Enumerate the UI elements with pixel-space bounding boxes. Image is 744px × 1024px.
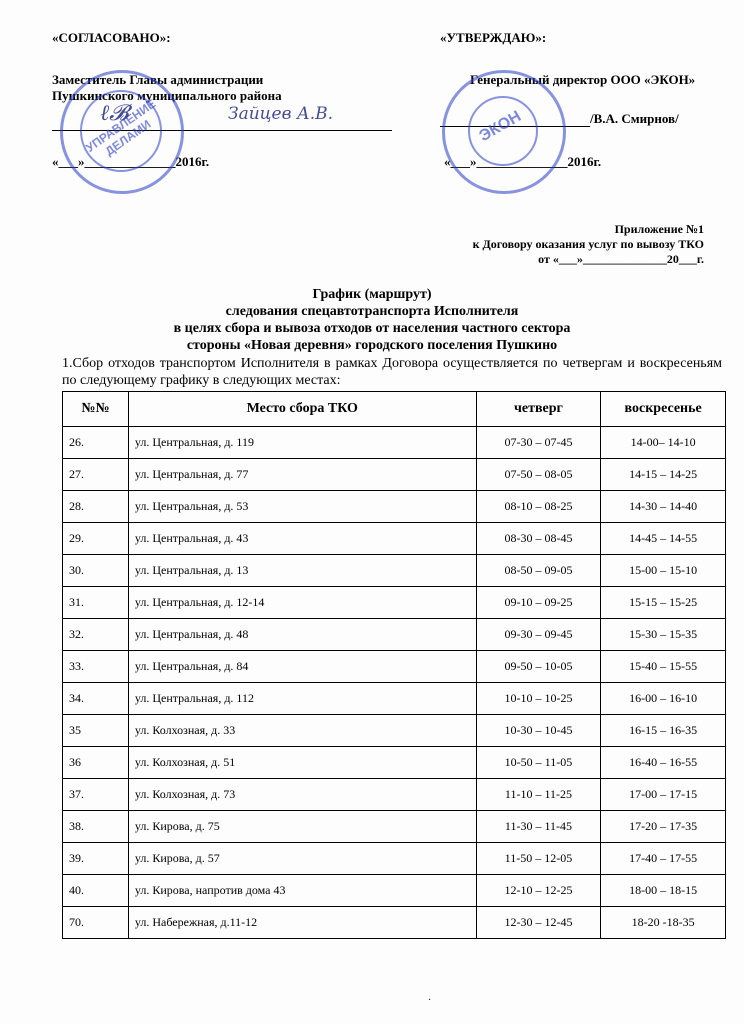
row-thursday: 10-50 – 11-05 (476, 747, 601, 779)
row-thursday: 09-30 – 09-45 (476, 619, 601, 651)
approve-heading: «УТВЕРЖДАЮ»: (440, 30, 730, 46)
header-place: Место сбора ТКО (128, 392, 476, 427)
header-sunday: воскресенье (601, 392, 726, 427)
schedule-table: №№ Место сбора ТКО четверг воскресенье 2… (62, 391, 726, 939)
row-number: 30. (63, 555, 129, 587)
row-sunday: 15-00 – 15-10 (601, 555, 726, 587)
row-sunday: 16-40 – 16-55 (601, 747, 726, 779)
table-row: 31.ул. Центральная, д. 12-1409-10 – 09-2… (63, 587, 726, 619)
appendix-line2: к Договору оказания услуг по вывозу ТКО (440, 237, 704, 252)
row-place: ул. Колхозная, д. 51 (128, 747, 476, 779)
row-place: ул. Центральная, д. 43 (128, 523, 476, 555)
row-place: ул. Центральная, д. 13 (128, 555, 476, 587)
appendix-line1: Приложение №1 (440, 222, 704, 237)
row-thursday: 12-30 – 12-45 (476, 907, 601, 939)
table-row: 36ул. Колхозная, д. 5110-50 – 11-0516-40… (63, 747, 726, 779)
row-place: ул. Колхозная, д. 73 (128, 779, 476, 811)
row-place: ул. Центральная, д. 77 (128, 459, 476, 491)
row-sunday: 17-00 – 17-15 (601, 779, 726, 811)
table-row: 38.ул. Кирова, д. 7511-30 – 11-4517-20 –… (63, 811, 726, 843)
table-row: 28.ул. Центральная, д. 5308-10 – 08-2514… (63, 491, 726, 523)
row-number: 32. (63, 619, 129, 651)
row-place: ул. Кирова, д. 75 (128, 811, 476, 843)
row-thursday: 08-10 – 08-25 (476, 491, 601, 523)
document-title: График (маршрут) следования спецавтотран… (40, 286, 704, 354)
row-number: 29. (63, 523, 129, 555)
row-number: 27. (63, 459, 129, 491)
document-page: «СОГЛАСОВАНО»: Заместитель Главы админис… (0, 0, 744, 1024)
header-number: №№ (63, 392, 129, 427)
row-number: 28. (63, 491, 129, 523)
row-place: ул. Набережная, д.11-12 (128, 907, 476, 939)
row-sunday: 16-00 – 16-10 (601, 683, 726, 715)
row-place: ул. Кирова, д. 57 (128, 843, 476, 875)
table-row: 26.ул. Центральная, д. 11907-30 – 07-451… (63, 427, 726, 459)
row-sunday: 14-45 – 14-55 (601, 523, 726, 555)
row-number: 33. (63, 651, 129, 683)
table-row: 27.ул. Центральная, д. 7707-50 – 08-0514… (63, 459, 726, 491)
row-sunday: 14-00– 14-10 (601, 427, 726, 459)
row-place: ул. Центральная, д. 53 (128, 491, 476, 523)
row-number: 39. (63, 843, 129, 875)
row-number: 70. (63, 907, 129, 939)
table-row: 33.ул. Центральная, д. 8409-50 – 10-0515… (63, 651, 726, 683)
row-place: ул. Центральная, д. 84 (128, 651, 476, 683)
footer-mark: · (428, 995, 431, 1006)
row-number: 36 (63, 747, 129, 779)
row-thursday: 09-10 – 09-25 (476, 587, 601, 619)
row-thursday: 12-10 – 12-25 (476, 875, 601, 907)
row-place: ул. Колхозная, д. 33 (128, 715, 476, 747)
title-line4: стороны «Новая деревня» городского посел… (40, 337, 704, 354)
table-row: 39.ул. Кирова, д. 5711-50 – 12-0517-40 –… (63, 843, 726, 875)
table-row: 34.ул. Центральная, д. 11210-10 – 10-251… (63, 683, 726, 715)
approve-name: /В.А. Смирнов/ (590, 111, 679, 126)
row-number: 26. (63, 427, 129, 459)
row-thursday: 11-10 – 11-25 (476, 779, 601, 811)
row-thursday: 07-50 – 08-05 (476, 459, 601, 491)
header-thursday: четверг (476, 392, 601, 427)
title-line3: в целях сбора и вывоза отходов от населе… (40, 320, 704, 337)
row-number: 37. (63, 779, 129, 811)
table-header-row: №№ Место сбора ТКО четверг воскресенье (63, 392, 726, 427)
row-place: ул. Центральная, д. 119 (128, 427, 476, 459)
table-row: 70.ул. Набережная, д.11-1212-30 – 12-451… (63, 907, 726, 939)
row-thursday: 08-50 – 09-05 (476, 555, 601, 587)
agreed-signature: Зайцев А.В. (228, 104, 333, 124)
row-sunday: 15-40 – 15-55 (601, 651, 726, 683)
table-row: 32.ул. Центральная, д. 4809-30 – 09-4515… (63, 619, 726, 651)
table-row: 35ул. Колхозная, д. 3310-30 – 10-4516-15… (63, 715, 726, 747)
table-row: 29.ул. Центральная, д. 4308-30 – 08-4514… (63, 523, 726, 555)
row-sunday: 17-20 – 17-35 (601, 811, 726, 843)
title-line1: График (маршрут) (40, 286, 704, 303)
row-number: 38. (63, 811, 129, 843)
row-sunday: 14-30 – 14-40 (601, 491, 726, 523)
row-place: ул. Центральная, д. 112 (128, 683, 476, 715)
intro-paragraph: 1.Сбор отходов транспортом Исполнителя в… (62, 355, 722, 389)
row-sunday: 16-15 – 16-35 (601, 715, 726, 747)
table-row: 30.ул. Центральная, д. 1308-50 – 09-0515… (63, 555, 726, 587)
row-thursday: 07-30 – 07-45 (476, 427, 601, 459)
row-number: 31. (63, 587, 129, 619)
row-thursday: 08-30 – 08-45 (476, 523, 601, 555)
row-thursday: 11-50 – 12-05 (476, 843, 601, 875)
title-line2: следования спецавтотранспорта Исполнител… (40, 303, 704, 320)
row-place: ул. Центральная, д. 12-14 (128, 587, 476, 619)
appendix-block: Приложение №1 к Договору оказания услуг … (440, 222, 704, 267)
row-sunday: 14-15 – 14-25 (601, 459, 726, 491)
row-sunday: 15-30 – 15-35 (601, 619, 726, 651)
row-sunday: 18-20 -18-35 (601, 907, 726, 939)
row-place: ул. Центральная, д. 48 (128, 619, 476, 651)
row-number: 35 (63, 715, 129, 747)
row-thursday: 10-10 – 10-25 (476, 683, 601, 715)
row-sunday: 15-15 – 15-25 (601, 587, 726, 619)
row-thursday: 09-50 – 10-05 (476, 651, 601, 683)
appendix-line3: от «___»______________20___г. (440, 252, 704, 267)
row-number: 40. (63, 875, 129, 907)
table-row: 37.ул. Колхозная, д. 7311-10 – 11-2517-0… (63, 779, 726, 811)
row-thursday: 11-30 – 11-45 (476, 811, 601, 843)
row-place: ул. Кирова, напротив дома 43 (128, 875, 476, 907)
table-row: 40.ул. Кирова, напротив дома 4312-10 – 1… (63, 875, 726, 907)
agreed-heading: «СОГЛАСОВАНО»: (52, 30, 392, 46)
row-sunday: 17-40 – 17-55 (601, 843, 726, 875)
row-number: 34. (63, 683, 129, 715)
row-thursday: 10-30 – 10-45 (476, 715, 601, 747)
row-sunday: 18-00 – 18-15 (601, 875, 726, 907)
